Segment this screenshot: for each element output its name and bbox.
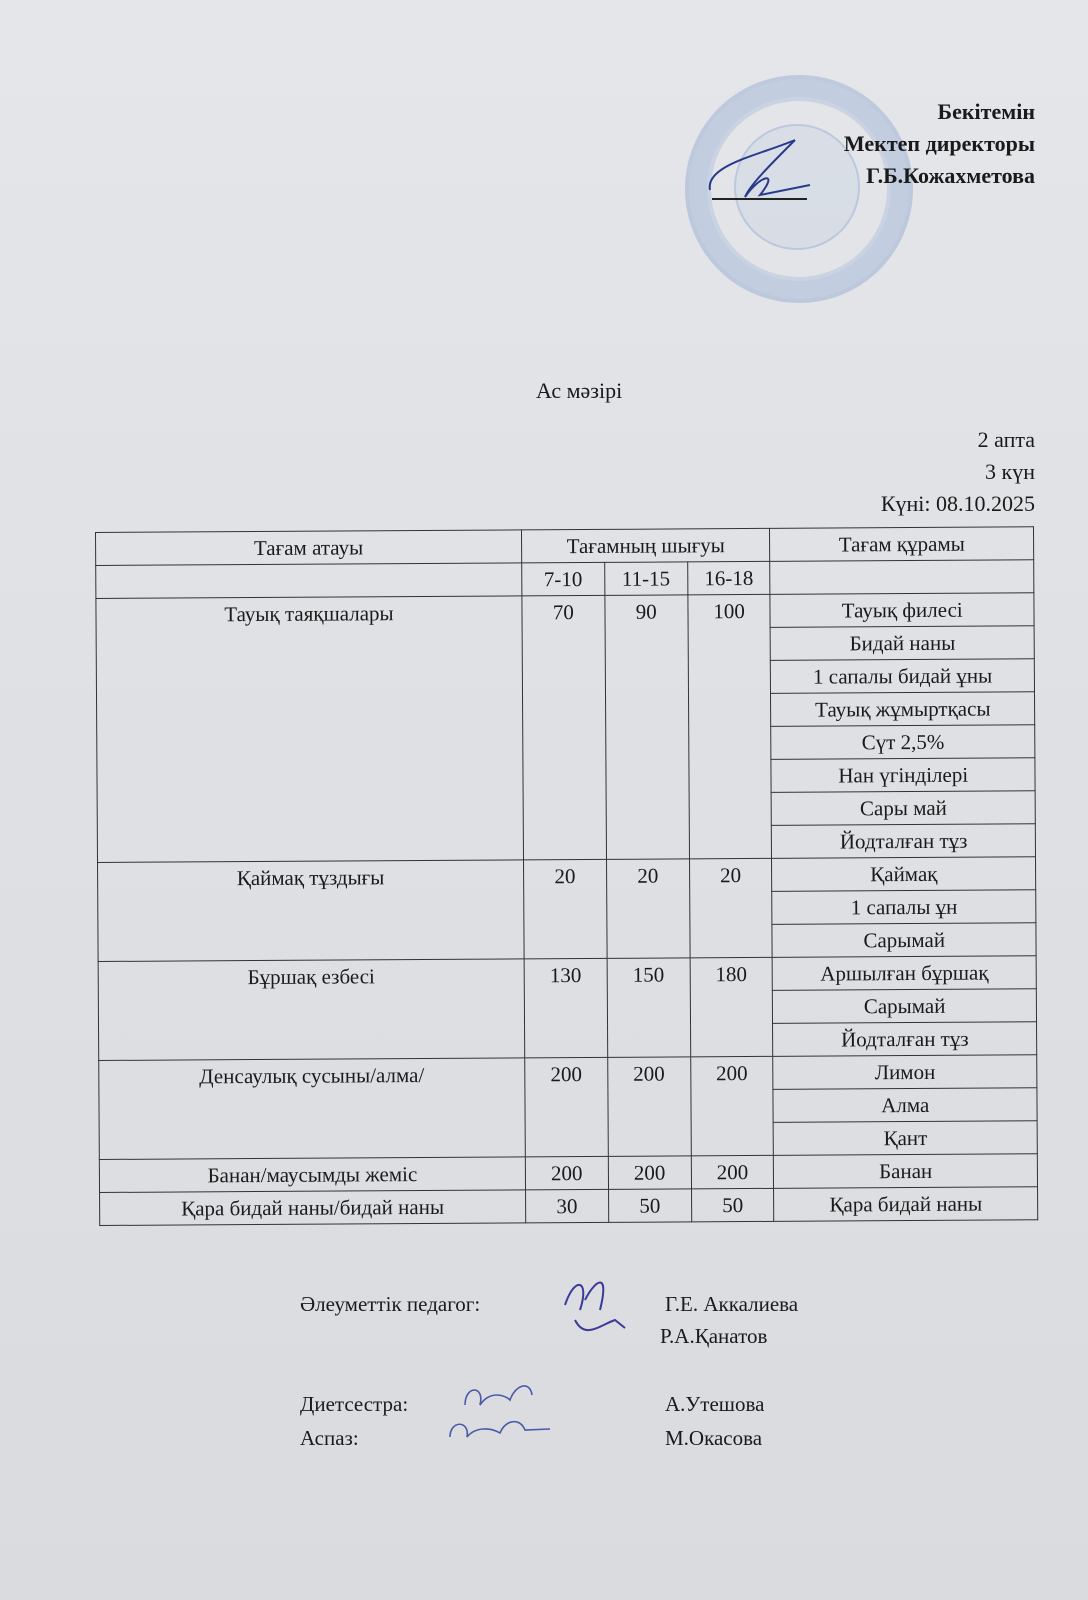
director-signature-line: [712, 198, 807, 200]
portion-cell: 200: [691, 1155, 774, 1189]
portion-cell: 180: [690, 957, 773, 1057]
dish-name: Тауық таяқшалары: [96, 596, 524, 863]
header-output: Тағамның шығуы: [521, 528, 770, 563]
ingredient-cell: Сарымай: [773, 989, 1037, 1024]
portion-cell: 70: [522, 595, 606, 860]
portion-cell: 200: [608, 1156, 691, 1190]
portion-cell: 50: [608, 1189, 691, 1223]
header-age-7-10: 7-10: [522, 562, 605, 596]
dish-name: Банан/маусымды жеміс: [99, 1157, 525, 1193]
ingredient-cell: Тауық жұмыртқасы: [771, 692, 1035, 727]
person-name: М.Окасова: [665, 1426, 762, 1451]
date-label: Күні: 08.10.2025: [881, 488, 1035, 520]
approver-name: Г.Б.Кожахметова: [844, 160, 1035, 192]
portion-cell: 20: [606, 859, 689, 959]
ingredient-cell: Сары май: [772, 791, 1036, 826]
header-dish-name: Тағам атауы: [96, 530, 522, 566]
portion-cell: 20: [689, 858, 772, 958]
approver-position: Мектеп директоры: [844, 128, 1035, 160]
ingredient-cell: Қант: [774, 1121, 1038, 1156]
menu-table: Тағам атауы Тағамның шығуы Тағам құрамы …: [95, 526, 1038, 1226]
ingredient-cell: Банан: [774, 1154, 1038, 1189]
person-name: Р.А.Қанатов: [660, 1324, 767, 1349]
cook-signature-icon: [445, 1415, 555, 1455]
week-label: 2 апта: [881, 424, 1035, 456]
dish-name: Денсаулық сусыны/алма/: [99, 1058, 526, 1160]
portion-cell: 50: [691, 1188, 774, 1222]
portion-cell: 150: [607, 958, 690, 1058]
ingredient-cell: Сарымай: [772, 923, 1036, 958]
role-label: Диетсестра:: [300, 1392, 408, 1417]
approval-heading: Бекітемін: [844, 96, 1035, 128]
portion-cell: 100: [688, 594, 772, 859]
portion-cell: 200: [607, 1057, 690, 1157]
dish-name: Қаймақ тұздығы: [98, 860, 525, 962]
approval-block: Бекітемін Мектеп директоры Г.Б.Кожахмето…: [844, 96, 1035, 192]
portion-cell: 30: [525, 1189, 608, 1223]
ingredient-cell: Тауық филесі: [770, 593, 1034, 628]
ingredient-cell: Йодталған тұз: [772, 824, 1036, 859]
ingredient-cell: Қара бидай наны: [774, 1187, 1038, 1222]
dietitian-signature-icon: [460, 1380, 540, 1420]
ingredient-cell: Лимон: [773, 1055, 1037, 1090]
role-label: Аспаз:: [300, 1426, 359, 1451]
portion-cell: 90: [605, 595, 689, 860]
portion-cell: 200: [525, 1057, 608, 1157]
portion-cell: 200: [525, 1156, 608, 1190]
portion-cell: 20: [523, 859, 606, 959]
ingredient-cell: Бидай наны: [771, 626, 1035, 661]
dish-name: Бұршақ езбесі: [98, 959, 525, 1061]
ingredient-cell: Нан үгінділері: [771, 758, 1035, 793]
header-age-11-15: 11-15: [604, 562, 687, 596]
ingredient-cell: 1 сапалы бидай ұны: [771, 659, 1035, 694]
table-row: Қара бидай наны/бидай наны305050Қара бид…: [100, 1187, 1038, 1226]
portion-cell: 200: [690, 1056, 773, 1156]
header-empty: [96, 563, 522, 599]
portion-cell: 130: [524, 958, 607, 1058]
header-empty: [770, 560, 1034, 595]
menu-meta: 2 апта 3 күн Күні: 08.10.2025: [881, 424, 1035, 520]
dish-name: Қара бидай наны/бидай наны: [100, 1190, 526, 1226]
ingredient-cell: Йодталған тұз: [773, 1022, 1037, 1057]
header-composition: Тағам құрамы: [770, 527, 1034, 562]
person-name: А.Утешова: [665, 1392, 764, 1417]
person-name: Г.Е. Аккалиева: [665, 1292, 798, 1317]
day-label: 3 күн: [881, 456, 1035, 488]
header-age-16-18: 16-18: [687, 561, 770, 595]
ingredient-cell: 1 сапалы ұн: [772, 890, 1036, 925]
ingredient-cell: Қаймақ: [772, 857, 1036, 892]
page-title: Ас мәзірі: [536, 378, 622, 404]
role-label: Әлеуметтік педагог:: [300, 1292, 480, 1317]
pedagogue-signature-icon: [555, 1270, 635, 1350]
ingredient-cell: Сүт 2,5%: [771, 725, 1035, 760]
director-signature-icon: [700, 135, 820, 205]
ingredient-cell: Алма: [773, 1088, 1037, 1123]
ingredient-cell: Аршылған бұршақ: [773, 956, 1037, 991]
